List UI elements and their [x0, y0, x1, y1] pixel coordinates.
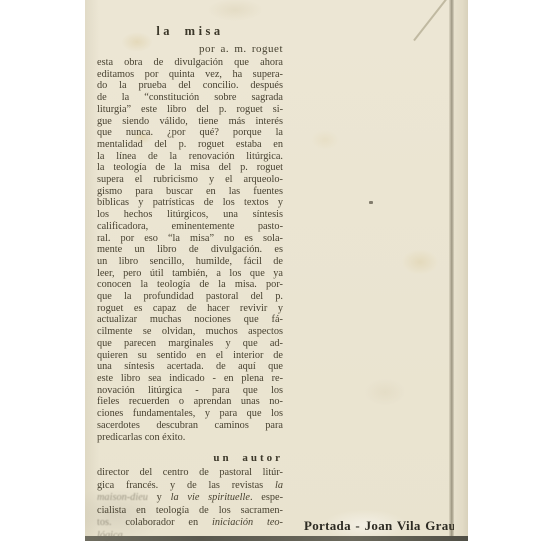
author-line-segment: maison-dieu	[97, 492, 148, 503]
body-line: ral. por eso “la misa” no es sola-	[97, 233, 283, 245]
body-line: conocen la teología de la misa. por-	[97, 279, 283, 291]
author-line: maison-dieu y la vie spirituelle. espe-	[97, 492, 283, 505]
scanned-book-page-photo: la misa por a. m. roguet esta obra de di…	[0, 0, 550, 550]
author-line: gica francés. y de las revistas la	[97, 480, 283, 493]
page-edge-strip	[454, 0, 468, 541]
body-line: sacerdotes descubran caminos para	[97, 420, 283, 432]
body-line: bíblicas y patrísticas de los textos y	[97, 197, 283, 209]
author-line-segment: tos.	[97, 517, 112, 528]
body-line: los hechos litúrgicos, una síntesis	[97, 209, 283, 221]
body-line: ciones fundamentales, y para que los	[97, 408, 283, 420]
body-line: que parecen marginales y que ad-	[97, 338, 283, 350]
body-line: calificadora, eminentemente pasto-	[97, 221, 283, 233]
body-line: que nunca. ¿por qué? porque la	[97, 127, 283, 139]
body-line: leer, pero útil también, a los que ya	[97, 268, 283, 280]
body-line: supera el rubricismo y el arqueolo-	[97, 174, 283, 186]
author-line-segment: colaborador en	[112, 517, 212, 528]
author-line: tos. colaborador en iniciación teo-	[97, 517, 283, 530]
author-line: cialista en teología de los sacramen-	[97, 505, 283, 518]
author-line-segment: director del centro de pastoral litúr-	[97, 467, 283, 478]
body-line: roguet es capaz de hacer revivir y	[97, 303, 283, 315]
body-line: la línea de la renovación litúrgica.	[97, 151, 283, 163]
section-heading: un autor	[97, 452, 283, 464]
author-line-segment: . espe-	[250, 492, 283, 503]
author-line-segment: la	[275, 480, 283, 491]
body-line: gismo para buscar en las fuentes	[97, 186, 283, 198]
body-line: liturgia” este libro del p. roguet si-	[97, 104, 283, 116]
author-line-segment: la vie spirituelle	[171, 492, 250, 503]
body-line: mentalidad del p. roguet estaba en	[97, 139, 283, 151]
corner-fold-crease	[413, 0, 447, 41]
cover-credit-caption: Portada - Joan Vila Grau	[304, 518, 456, 534]
page-title: la misa	[97, 24, 283, 39]
body-line: actualizar muchas nociones que fá-	[97, 314, 283, 326]
body-text: esta obra de divulgación que ahoraeditam…	[97, 57, 283, 443]
body-line: una síntesis acertada. de aquí que	[97, 361, 283, 373]
byline: por a. m. roguet	[97, 43, 283, 55]
body-line: mente un libro de divulgación. es	[97, 244, 283, 256]
body-line: fieles recuerden o aprendan unas no-	[97, 396, 283, 408]
author-line-segment: y	[148, 492, 171, 503]
body-line: quieren su sentido en el interior de	[97, 350, 283, 362]
body-line: novación litúrgica - para que los	[97, 385, 283, 397]
body-line: la teología de la misa del p. roguet	[97, 162, 283, 174]
book-page: la misa por a. m. roguet esta obra de di…	[85, 0, 468, 541]
body-line: este libro sea indicado - en plena re-	[97, 373, 283, 385]
body-line: cilmente se olvidan, muchos aspectos	[97, 326, 283, 338]
body-line: predicarlas con éxito.	[97, 432, 283, 444]
body-line: esta obra de divulgación que ahora	[97, 57, 283, 69]
body-line: editamos por quinta vez, ha supera-	[97, 69, 283, 81]
author-line-segment: cialista en teología de los sacramen-	[97, 505, 283, 516]
page-bottom-edge-shadow	[85, 536, 468, 541]
author-text: director del centro de pastoral litúr-gi…	[97, 467, 283, 543]
author-line: director del centro de pastoral litúr-	[97, 467, 283, 480]
author-line-segment: iniciación teo-	[212, 517, 283, 528]
body-line: un libro sencillo, humilde, fácil de	[97, 256, 283, 268]
body-line: do la prueba del concilio. después	[97, 80, 283, 92]
ink-speck	[369, 201, 373, 204]
body-line: gue siendo válido, tiene más interés	[97, 116, 283, 128]
body-line: que la profundidad pastoral del p.	[97, 291, 283, 303]
author-line-segment: gica francés. y de las revistas	[97, 480, 275, 491]
body-line: de la “constitución sobre sagrada	[97, 92, 283, 104]
